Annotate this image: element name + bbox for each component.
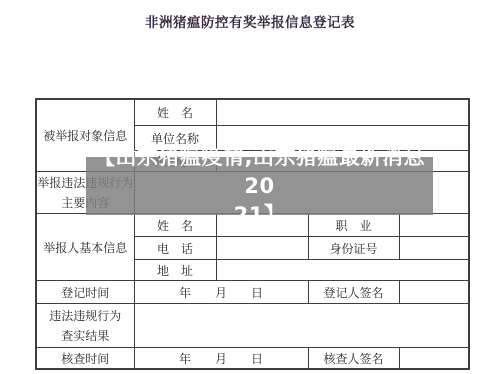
section-label-verification-result: 违法违规行为 查实结果 xyxy=(36,304,134,348)
seo-overlay-banner: 【山东猪瘟疫情,山东猪瘟最新消息20 21】 xyxy=(86,157,433,215)
overlay-text-line2: 21】 xyxy=(234,201,286,230)
input-cell-verifier-signature xyxy=(399,348,469,370)
input-cell-verification-result xyxy=(134,304,469,348)
field-label-reporter-address: 地 址 xyxy=(134,260,216,281)
field-label-verification-time: 核查时间 xyxy=(36,348,134,370)
table-row: 违法违规行为 查实结果 xyxy=(36,304,469,348)
registration-form-table: 被举报对象信息 姓 名 单位名称 单位地址 举报违法违规行为 主要内容 举报人基… xyxy=(35,98,470,370)
input-cell-reported-name xyxy=(216,99,469,126)
date-cell-verification: 年 月 日 xyxy=(134,348,308,370)
table-row: 核查时间 年 月 日 核查人签名 xyxy=(36,348,469,370)
input-cell-phone xyxy=(216,237,308,260)
overlay-text-line1: 【山东猪瘟疫情,山东猪瘟最新消息20 xyxy=(86,143,433,201)
input-cell-id-number xyxy=(399,237,469,260)
verification-result-label-line2: 查实结果 xyxy=(37,326,134,346)
input-cell-reporter-address xyxy=(216,260,469,281)
field-label-occupation: 职 业 xyxy=(308,214,399,237)
field-label-verifier-signature: 核查人签名 xyxy=(308,348,399,370)
date-cell-registration: 年 月 日 xyxy=(134,281,308,304)
field-label-registrant-signature: 登记人签名 xyxy=(308,281,399,304)
verification-result-label-line1: 违法违规行为 xyxy=(37,306,134,326)
field-label-id-number: 身份证号 xyxy=(308,237,399,260)
field-label-phone: 电 话 xyxy=(134,237,216,260)
form-title: 非洲猪瘟防控有奖举报信息登记表 xyxy=(0,11,500,31)
table-row: 登记时间 年 月 日 登记人签名 xyxy=(36,281,469,304)
field-label-reported-name: 姓 名 xyxy=(134,99,216,126)
input-cell-registrant-signature xyxy=(399,281,469,304)
table-row: 被举报对象信息 姓 名 xyxy=(36,99,469,126)
section-label-reporter: 举报人基本信息 xyxy=(36,214,134,281)
field-label-reporter-name: 姓 名 xyxy=(134,214,216,237)
input-cell-occupation xyxy=(399,214,469,237)
field-label-registration-time: 登记时间 xyxy=(36,281,134,304)
